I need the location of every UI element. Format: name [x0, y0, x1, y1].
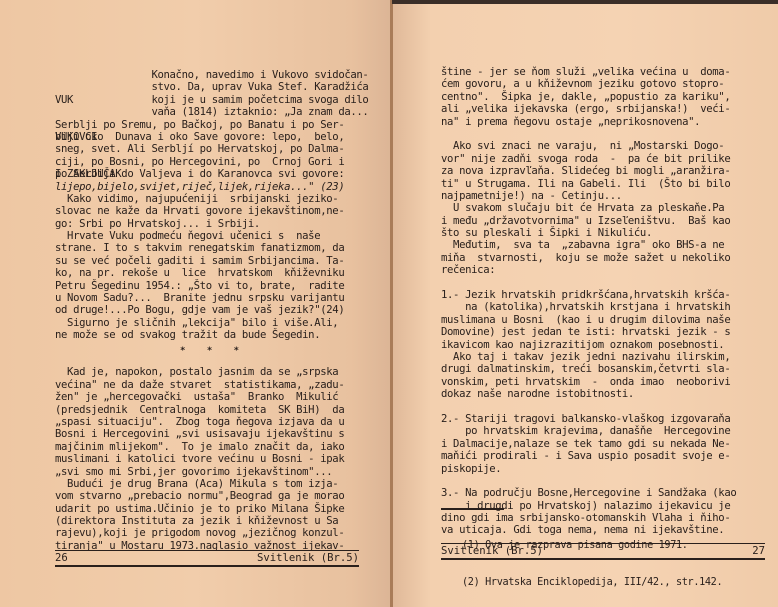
text-line: ko, na pr. rekoše u lice hrvatskom kňiže… [55, 267, 368, 279]
text-line [441, 277, 736, 289]
text-line: go: Srbi po Hrvatskoj... i Srbiji. [55, 218, 368, 230]
text-line: Budući je drug Brana (Aca) Mikula s tom … [55, 478, 368, 490]
text-line: (predsjednik Centralnoga komiteta SK BiH… [55, 404, 368, 416]
text-line: Ako taj i takav jezik jedni nazivahu ili… [441, 351, 736, 363]
text-line: vom stvarno „prebacio normu",Beograd ga … [55, 490, 368, 502]
text-line: ciji, po Bosni, po Hercegovini, po Crnoj… [55, 156, 368, 168]
text-line: po hrvatskim krajevima, današňe Hercegov… [441, 425, 736, 437]
text-line: vaňa (1814) iztaknio: „Ja znam da... [55, 106, 368, 118]
text-line: majčinim mlijekom". To je imalo značit d… [55, 441, 368, 453]
text-line: i među „državotvornima" u Izseľeništvu. … [441, 215, 736, 227]
footnote-rule [441, 508, 504, 510]
text-line: 1.- Jezik hrvatskih pridkršćana,hrvatski… [441, 289, 736, 301]
text-line: centno". Šipka je, dakle, „popustio za k… [441, 91, 736, 103]
text-line: biji oko Dunava i oko Save govore: lepo,… [55, 131, 368, 143]
text-line: Domovine) jest jedan te isti: hrvatski j… [441, 326, 736, 338]
left-page-footer: 26 Svitlenik (Br.5) [55, 550, 359, 567]
text-line: 2.- Stariji tragovi balkansko-vlaškog iz… [441, 413, 736, 425]
text-line: žen" je „hercegovački ustaša" Branko Mik… [55, 391, 368, 403]
text-line: Kako vidimo, najupućeniji srbijanski jez… [55, 193, 368, 205]
text-line: na (katolika),hrvatskih krstjana i hrvat… [441, 301, 736, 313]
text-line: većina" ne da daže stvaret statistikama,… [55, 379, 368, 391]
text-line [441, 401, 736, 413]
text-line: za nova izpravľaňa. Slidećeg bi mogli „a… [441, 165, 736, 177]
text-line: i drugdi po Hrvatskoj) nalazimo ijekavic… [441, 500, 736, 512]
book-spread: VUK VUKOVCI I ZAKLJUČAK Konačno, navedim… [0, 0, 778, 607]
text-line: drugi dalmatinskim, treći bosanskim,četv… [441, 363, 736, 375]
text-line: U svakom slučaju bit će Hrvata za pleska… [441, 202, 736, 214]
text-line: maňići prodirali - i Sava uspio posadit … [441, 450, 736, 462]
text-line: vonskim, peti hrvatskim - onda imao neob… [441, 376, 736, 388]
text-line: slovac ne kaže da Hrvati govore ijekavšt… [55, 205, 368, 217]
text-line: Hrvate Vuku podmeću ňegovi učenici s naš… [55, 230, 368, 242]
text-line: „svi smo mi Srbi,jer govorimo ijekavštin… [55, 466, 368, 478]
text-line: rajevu),koji je prigodom novog „jezičnog… [55, 527, 368, 539]
text-line: ne može se od svakog tražit da bude Šege… [55, 329, 368, 341]
text-line: Kad je, napokon, postalo jasnim da se „s… [55, 366, 368, 378]
text-line: Konačno, navedimo i Vukovo svidočan- [55, 69, 368, 81]
text-line: dokaz naše narodne istobitnosti. [441, 388, 736, 400]
text-line: Sigurno je sličnih „lekcija" bilo i više… [55, 317, 368, 329]
text-line: strane. I to s takvim renegatskim fanati… [55, 242, 368, 254]
text-line: i Dalmacije,nalaze se tek tamo gdi su ne… [441, 438, 736, 450]
right-page-body: štine - jer se ňom služi „velika većina … [441, 66, 736, 537]
footnote: (2) Hrvatska Enciklopedija, III/42., str… [462, 577, 722, 589]
text-line: koji je u samim početcima svoga dilo [55, 94, 368, 106]
text-line: muslimani i katolici tvore većinu u Bosn… [55, 453, 368, 465]
text-line: što su pleskali i Šipki i Nikuliću. [441, 227, 736, 239]
text-line: stvo. Da, uprav Vuka Stef. Karadžića [55, 81, 368, 93]
text-line: štine - jer se ňom služi „velika većina … [441, 66, 736, 78]
text-line: ti" u Strugama. Ili na Gabeli. Ili (Što … [441, 178, 736, 190]
book-spine [390, 0, 393, 607]
text-line: udarit po ustima.Učinio je to priko Mila… [55, 503, 368, 515]
text-line: su se već počeli gaditi i samim Srbijanc… [55, 255, 368, 267]
text-line: Petru Šegedinu 1954.: „Što vi to, brate,… [55, 280, 368, 292]
text-line: ćem govoru, a u kňiževnom jeziku gotovo … [441, 78, 736, 90]
text-line: Međutim, sva ta „zabavna igra" oko BHS-a… [441, 239, 736, 251]
text-line: (direktora Instituta za jezik i kňiževno… [55, 515, 368, 527]
text-line [441, 475, 736, 487]
running-title: Svitlenik (Br.5) [257, 551, 359, 565]
right-page-footer: Svitlenik (Br.5) 27 [441, 543, 765, 560]
text-line: „spasi situaciju". Zbog toga ňegova izja… [55, 416, 368, 428]
text-line: 3.- Na području Bosne,Hercegovine i Sand… [441, 487, 736, 499]
left-page-body: Konačno, navedimo i Vukovo svidočan- stv… [55, 69, 368, 552]
text-line: ali „velika ijekavska (ergo, srbijanska!… [441, 103, 736, 115]
running-title: Svitlenik (Br.5) [441, 544, 543, 558]
page-number: 27 [752, 544, 765, 558]
footnotes: (1) Ova je razprava pisana godine 1971. … [462, 515, 722, 607]
text-line: Ako svi znaci ne varaju, ni „Mostarski D… [441, 140, 736, 152]
text-line: ikavicom kao najizrazitijom oznakom pose… [441, 339, 736, 351]
text-line: u Novom Sadu?... Branite jednu srpsku va… [55, 292, 368, 304]
text-line: piskopije. [441, 463, 736, 475]
text-line: lijepo,bijelo,svijet,riječ,lijek,rijeka.… [55, 181, 368, 193]
page-number: 26 [55, 551, 68, 565]
text-line [441, 128, 736, 140]
text-line: Bosni i Hercegovini „svi usisavaju ijeka… [55, 428, 368, 440]
text-line: miňa stvarnosti, koju se može sažet u ne… [441, 252, 736, 264]
text-line: najpametnije!) na - Cetinju... [441, 190, 736, 202]
text-line: od druge!...Po Bogu, gdje vam je vaš jez… [55, 304, 368, 316]
text-line: Serblji po Sremu, po Bačkoj, po Banatu i… [55, 119, 368, 131]
section-separator: * * * [180, 346, 247, 356]
text-line: po Serbiji do Valjeva i do Karanovca svi… [55, 168, 368, 180]
text-line: vor" nije zadňi svoga roda - pa će bit p… [441, 153, 736, 165]
text-line: muslimana u Bosni (kao i u drugim dilovi… [441, 314, 736, 326]
text-line: na" i prema ňegovu ostaje „neprikosnoven… [441, 116, 736, 128]
text-line: sneg, svet. Ali Serbljí po Hervatskoj, p… [55, 143, 368, 155]
text-line: rečenica: [441, 264, 736, 276]
page-top-edge [392, 0, 778, 4]
